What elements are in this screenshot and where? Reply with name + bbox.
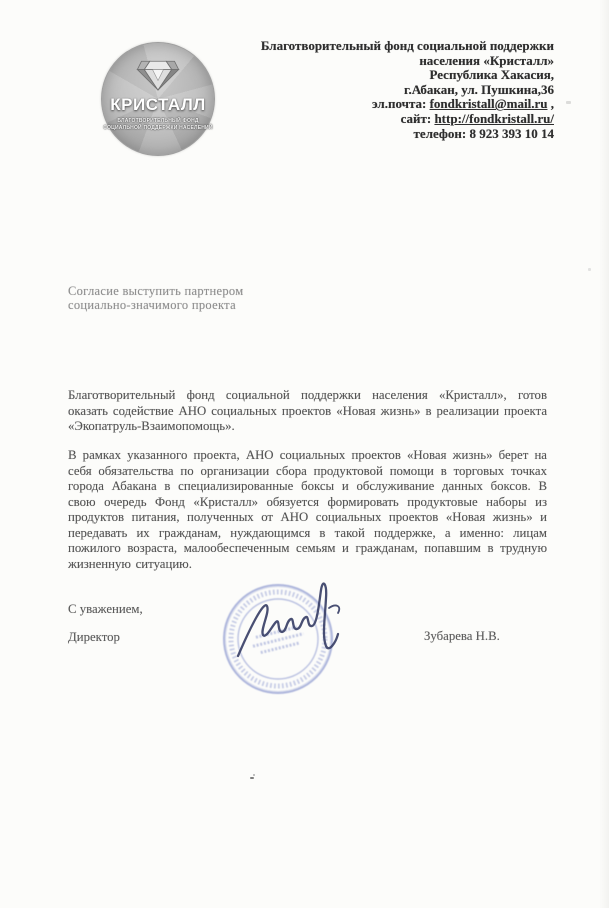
scan-speck bbox=[253, 774, 255, 776]
scan-speck bbox=[588, 268, 591, 271]
signer-position: Директор bbox=[68, 630, 120, 645]
logo-title: КРИСТАЛЛ bbox=[102, 95, 214, 115]
diamond-icon bbox=[136, 56, 180, 94]
handwritten-signature bbox=[226, 574, 346, 668]
org-address-line: г.Абакан, ул. Пушкина,36 bbox=[224, 83, 554, 98]
scanned-letter-page: КРИСТАЛЛ БЛАГОТВОРИТЕЛЬНЫЙ ФОНД СОЦИАЛЬН… bbox=[0, 0, 609, 908]
email-link: fondkristall@mail.ru bbox=[430, 96, 548, 111]
email-suffix: , bbox=[548, 96, 555, 111]
body-paragraph-1: Благотворительный фонд социальной поддер… bbox=[68, 388, 547, 435]
subject-line2: социально-значимого проекта bbox=[68, 299, 243, 313]
scan-speck bbox=[566, 101, 571, 104]
org-email-line: эл.почта: fondkristall@mail.ru , bbox=[224, 97, 554, 112]
scan-speck bbox=[250, 777, 254, 779]
logo-subtitle-line2: СОЦИАЛЬНОЙ ПОДДЕРЖКИ НАСЕЛЕНИЙ bbox=[102, 125, 214, 131]
org-name-line2: населения «Кристалл» bbox=[224, 54, 554, 69]
body-paragraph-2: В рамках указанного проекта, АНО социаль… bbox=[68, 448, 547, 572]
org-site-line: сайт: http://fondkristall.ru/ bbox=[224, 112, 554, 127]
site-link: http://fondkristall.ru/ bbox=[434, 111, 554, 126]
logo-subtitle-line1: БЛАГОТВОРИТЕЛЬНЫЙ ФОНД bbox=[102, 118, 214, 124]
org-phone-line: телефон: 8 923 393 10 14 bbox=[224, 127, 554, 142]
subject-line1: Согласие выступить партнером bbox=[68, 285, 243, 299]
closing-salutation: С уважением, bbox=[68, 602, 143, 617]
letterhead-contact-block: Благотворительный фонд социальной поддер… bbox=[224, 39, 554, 141]
document-subject: Согласие выступить партнером социально-з… bbox=[68, 285, 243, 313]
org-name-line1: Благотворительный фонд социальной поддер… bbox=[224, 39, 554, 54]
site-label: сайт: bbox=[401, 111, 435, 126]
org-region-line: Республика Хакасия, bbox=[224, 68, 554, 83]
scan-edge-shadow bbox=[599, 0, 609, 908]
foundation-logo-badge: КРИСТАЛЛ БЛАГОТВОРИТЕЛЬНЫЙ ФОНД СОЦИАЛЬН… bbox=[101, 42, 215, 156]
signer-name: Зубарева Н.В. bbox=[424, 629, 500, 644]
email-label: эл.почта: bbox=[372, 96, 430, 111]
